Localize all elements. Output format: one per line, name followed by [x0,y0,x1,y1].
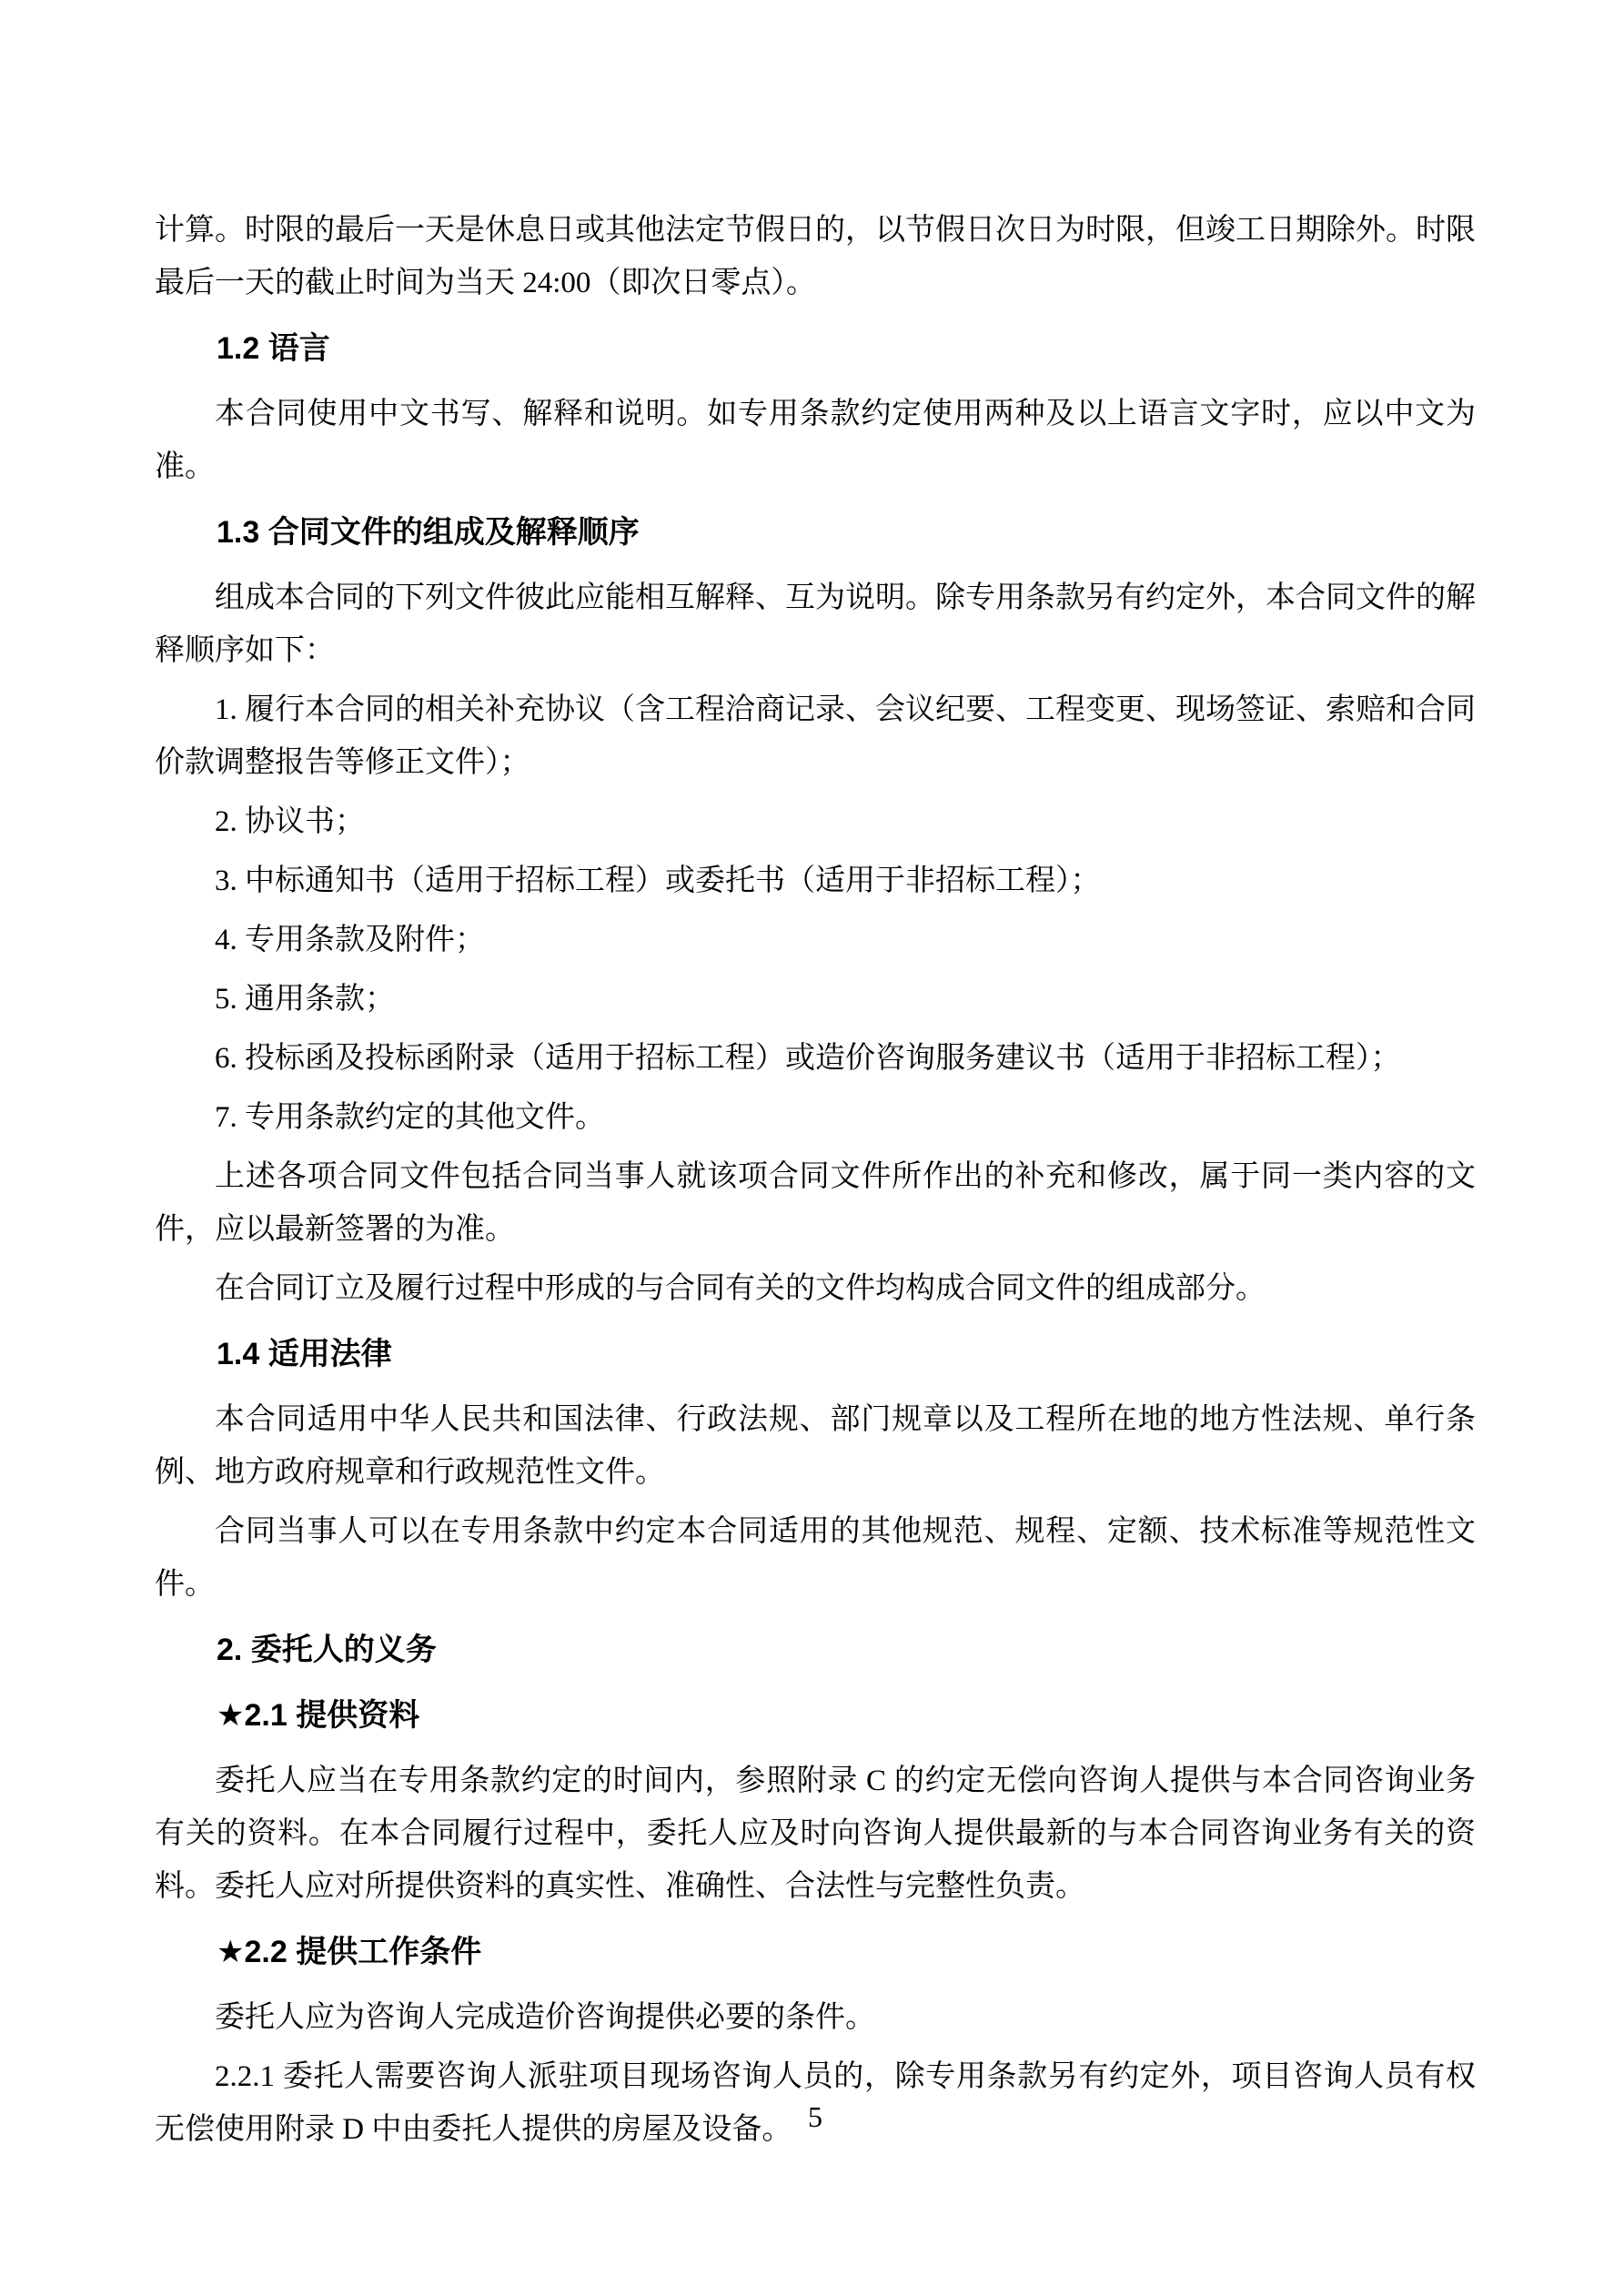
list-item-5-general-terms: 5. 通用条款； [155,973,1476,1026]
para-documents-formed-during-contract: 在合同订立及履行过程中形成的与合同有关的文件均构成合同文件的组成部分。 [155,1262,1476,1315]
list-item-4-special-terms: 4. 专用条款及附件； [155,914,1476,966]
para-work-conditions-body: 委托人应为咨询人完成造价咨询提供必要的条件。 [155,1991,1476,2044]
para-applicable-law-body: 本合同适用中华人民共和国法律、行政法规、部门规章以及工程所在地的地方性法规、单行… [155,1393,1476,1499]
list-item-7-other-documents: 7. 专用条款约定的其他文件。 [155,1091,1476,1144]
para-provide-materials-body: 委托人应当在专用条款约定的时间内，参照附录 C 的约定无偿向咨询人提供与本合同咨… [155,1755,1476,1913]
heading-2-2-provide-work-conditions: ★2.2 提供工作条件 [155,1926,1476,1978]
page-number: 5 [155,2099,1476,2135]
para-other-standards: 合同当事人可以在专用条款中约定本合同适用的其他规范、规程、定额、技术标准等规范性… [155,1505,1476,1611]
para-documents-intro: 组成本合同的下列文件彼此应能相互解释、互为说明。除专用条款另有约定外，本合同文件… [155,571,1476,677]
heading-1-3-contract-documents-order: 1.3 合同文件的组成及解释顺序 [155,506,1476,559]
para-documents-supplements: 上述各项合同文件包括合同当事人就该项合同文件所作出的补充和修改，属于同一类内容的… [155,1150,1476,1256]
heading-1-2-language: 1.2 语言 [155,322,1476,375]
list-item-3-award-notice: 3. 中标通知书（适用于招标工程）或委托书（适用于非招标工程）； [155,855,1476,907]
heading-2-client-obligations: 2. 委托人的义务 [155,1623,1476,1676]
heading-2-1-provide-materials: ★2.1 提供资料 [155,1689,1476,1742]
list-item-1-supplementary-agreements: 1. 履行本合同的相关补充协议（含工程洽商记录、会议纪要、工程变更、现场签证、索… [155,683,1476,789]
document-page: 计算。时限的最后一天是休息日或其他法定节假日的，以节假日次日为时限，但竣工日期除… [0,0,1624,2296]
heading-1-4-applicable-law: 1.4 适用法律 [155,1328,1476,1381]
document-content: 计算。时限的最后一天是休息日或其他法定节假日的，以节假日次日为时限，但竣工日期除… [0,0,1624,2156]
list-item-6-bid-letter: 6. 投标函及投标函附录（适用于招标工程）或造价咨询服务建议书（适用于非招标工程… [155,1032,1476,1085]
para-time-limit-continuation: 计算。时限的最后一天是休息日或其他法定节假日的，以节假日次日为时限，但竣工日期除… [155,204,1476,309]
para-language-body: 本合同使用中文书写、解释和说明。如专用条款约定使用两种及以上语言文字时，应以中文… [155,388,1476,493]
list-item-2-agreement: 2. 协议书； [155,795,1476,848]
